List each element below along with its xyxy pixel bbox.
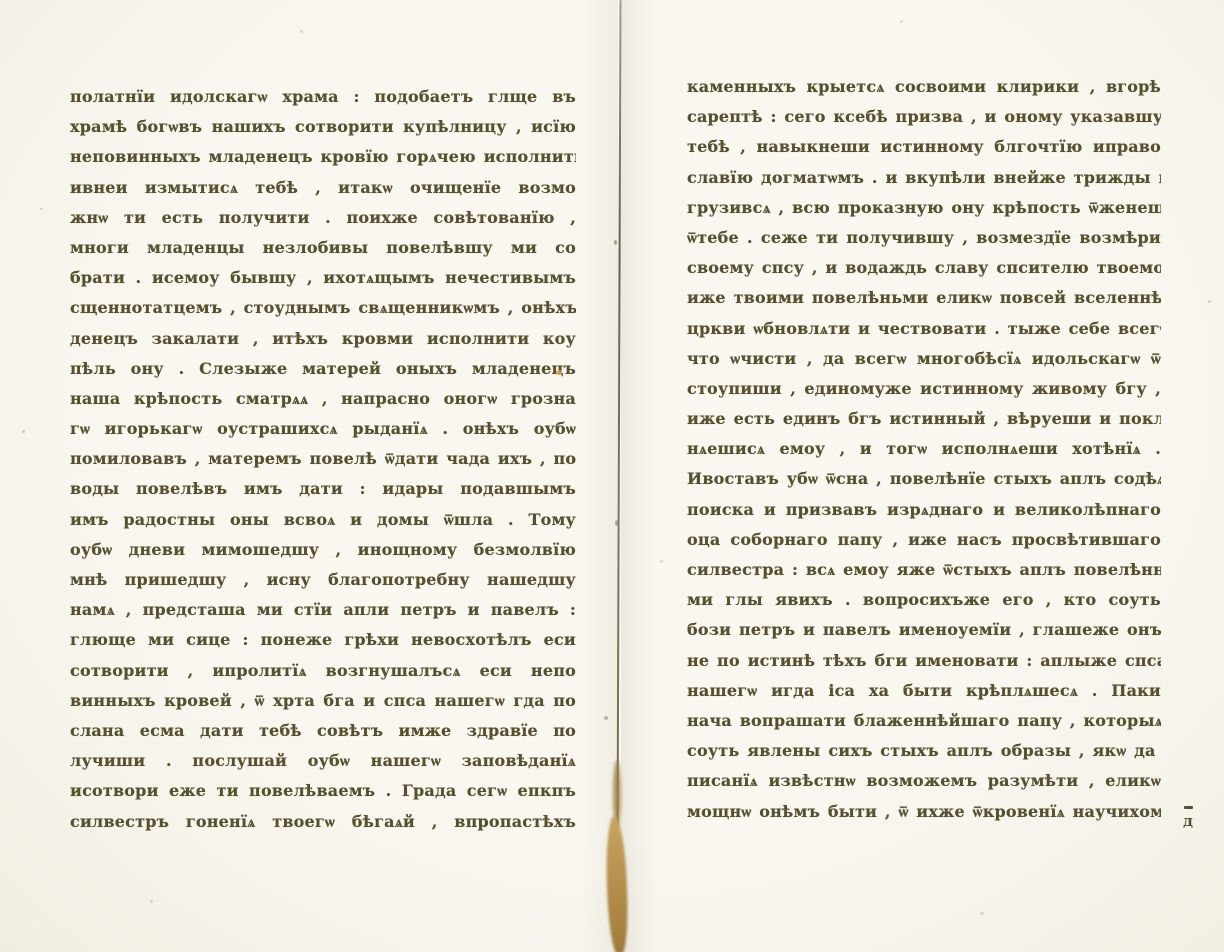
text-line: иже есть единъ бгъ истинный , вѣруеши и … [687,404,1161,434]
text-line: сарептѣ : сего ксебѣ призва , и оному ук… [687,102,1161,132]
left-page-fold-shadow [578,0,618,952]
text-line: бози петръ и павелъ именоуемїи , глашеже… [687,615,1161,645]
text-line: жнѡ ти есть получити . поихже совѣтованї… [70,203,576,233]
text-line: слана есма дати тебѣ совѣтъ имже здравїе… [70,716,576,746]
text-line: славїю догматѡмъ . и вкупѣли внейже триж… [687,163,1161,193]
foxing-spot [556,370,562,375]
text-line: сщеннотатцемъ , стоуднымъ свѧщенникѡмъ ,… [70,293,576,323]
text-line: Ивоставъ убѡ ѿсна , повелѣнїе стыхъ аплъ… [687,464,1161,494]
text-line: тебѣ , навыкнеши истинному блгочтїю ипра… [687,132,1161,162]
text-line: мощнѡ онѣмъ быти , ѿ ихже ѿкровенїѧ науч… [687,797,1161,827]
text-line: неповинныхъ младенецъ кровїю горѧчею исп… [70,142,576,172]
text-line: нашегѡ игда іса ха быти крѣплѧшесѧ . Пак… [687,676,1161,706]
signature-mark: д [1180,806,1196,830]
text-line: грузивсѧ , всю проказную ону крѣпость ѿж… [687,193,1161,223]
right-page-text: каменныхъ крыетсѧ сосвоими клирики , вго… [687,72,1161,827]
left-page-text: полатнїи идолскагѡ храма : подобаетъ глщ… [70,82,576,837]
gutter-speck [614,240,617,245]
text-line: храмѣ богѡвъ нашихъ сотворити купѣлницу … [70,112,576,142]
paper-speck [150,900,153,903]
text-line: силвестра : всѧ емоу яже ѿстыхъ аплъ пов… [687,555,1161,585]
text-line: не по истинѣ тѣхъ бги именовати : аплыже… [687,646,1161,676]
text-line: что ѡчисти , да всегѡ многобѣсїѧ идольск… [687,344,1161,374]
text-line: оубѡ дневи мимошедшу , инощному безмолвї… [70,535,576,565]
text-line: полатнїи идолскагѡ храма : подобаетъ глщ… [70,82,576,112]
text-line: ивнеи измытисѧ тебѣ , итакѡ очищенїе воз… [70,173,576,203]
paper-speck [22,430,25,433]
text-line: пѣль ону . Слезыже матерей оныхъ младене… [70,354,576,384]
text-line: намѧ , предсташа ми стїи апли петръ и па… [70,595,576,625]
titlo-bar [1184,806,1193,809]
text-line: имъ радостны оны всвоѧ и домы ѿшла . Том… [70,505,576,535]
text-line: гѡ игорькагѡ оустрашихсѧ рыданїѧ . онѣхъ… [70,414,576,444]
text-line: своему спсу , и водаждь славу спсителю т… [687,253,1161,283]
text-line: многи младенцы незлобивы повелѣвшу ми со [70,233,576,263]
paper-speck [980,912,984,915]
paper-speck [900,20,903,23]
text-line: воды повелѣвъ имъ дати : идары подавшымъ [70,474,576,504]
text-line: стоупиши , единомуже истинному живому бг… [687,374,1161,404]
text-line: нача вопрашати блаженнѣйшаго папу , кото… [687,706,1161,736]
text-line: винныхъ кровей , ѿ хрта бга и спса нашег… [70,686,576,716]
text-line: ѿтебе . сеже ти получившу , возмездїе во… [687,223,1161,253]
text-line: поиска и призвавъ изрѧднаго и великолѣпн… [687,495,1161,525]
signature-letter: д [1183,812,1193,830]
paper-speck [1208,300,1211,303]
right-page-fold-shadow [621,0,661,952]
text-line: каменныхъ крыетсѧ сосвоими клирики , вго… [687,72,1161,102]
text-line: помиловавъ , матеремъ повелѣ ѿдати чада … [70,444,576,474]
text-line: сотворити , ипролитїѧ возгнушалъсѧ еси н… [70,656,576,686]
text-line: соуть явлены сихъ стыхъ аплъ образы , як… [687,736,1161,766]
text-line: нѧешисѧ емоу , и тогѡ исполнѧеши хотѣнїѧ… [687,434,1161,464]
paper-speck [604,716,608,720]
text-line: писанїѧ извѣстнѡ возможемъ разумѣти , ел… [687,766,1161,796]
book-scan: полатнїи идолскагѡ храма : подобаетъ глщ… [0,0,1224,952]
text-line: ми глы явихъ . вопросихъже его , кто соу… [687,585,1161,615]
paper-speck [660,560,663,563]
gutter-speck [615,520,618,526]
text-line: исотвори еже ти повелѣваемъ . Града сегѡ… [70,776,576,806]
text-line: мнѣ пришедшу , исну благопотребну нашедш… [70,565,576,595]
text-line: брати . исемоу бывшу , ихотѧщымъ нечести… [70,263,576,293]
text-line: лучиши . послушай оубѡ нашегѡ заповѣданї… [70,746,576,776]
text-line: цркви ѡбновлѧти и чествовати . тыже себе… [687,314,1161,344]
paper-speck [40,208,43,210]
text-line: иже твоими повелѣньми еликѡ повсей вселе… [687,283,1161,313]
text-line: наша крѣпость сматрѧѧ , напрасно оногѡ г… [70,384,576,414]
text-line: силвестръ гоненїѧ твоегѡ бѣгаѧй , впропа… [70,807,576,837]
text-line: глюще ми сице : понеже грѣхи невосхотѣлъ… [70,625,576,655]
paper-speck [300,30,303,33]
text-line: денецъ закалати , итѣхъ кровми исполнити… [70,324,576,354]
text-line: оца соборнаго папу , иже насъ просвѣтивш… [687,525,1161,555]
